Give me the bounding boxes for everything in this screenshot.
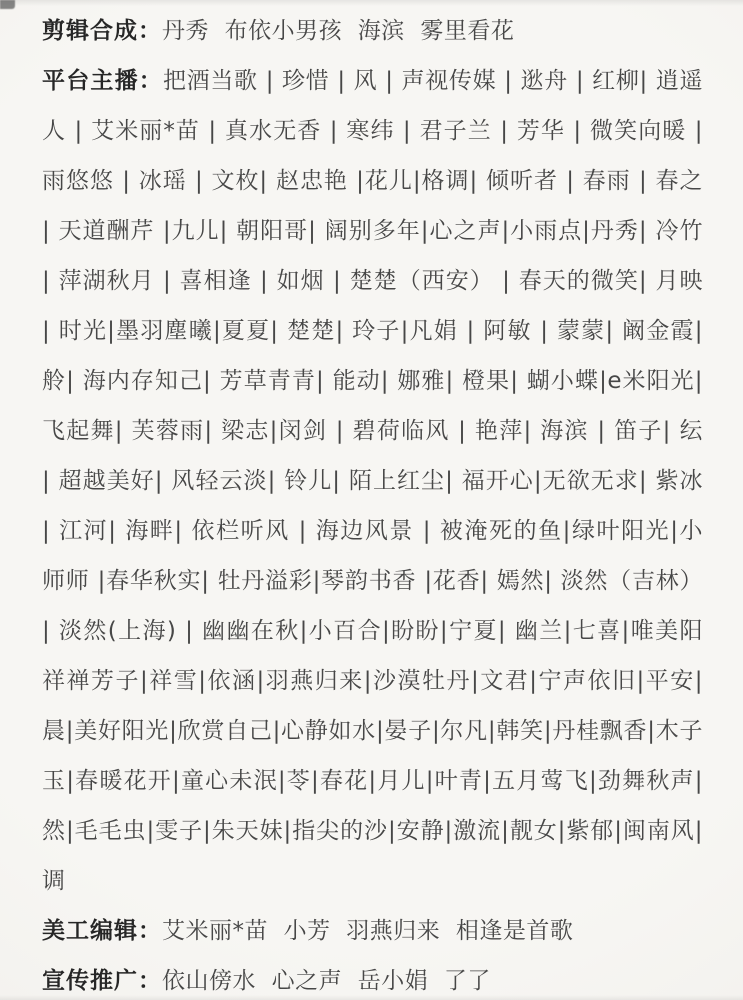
section-art-label: 美工编辑：	[42, 918, 162, 944]
anchors-names-line-12: | 淡然(上海) | 幽幽在秋|小百合|盼盼|宁夏| 幽兰|七喜|唯美阳光|	[42, 606, 703, 656]
anchors-names-line-4: | 天道酬芹 |九儿| 朝阳哥| 阔别多年|心之声|小雨点|丹秀| 冷竹	[42, 206, 703, 256]
anchors-names-line-5: | 萍湖秋月 | 喜相逢 | 如烟 | 楚楚（西安） | 春天的微笑| 月映菱	[42, 256, 703, 306]
anchors-names-line-3: 雨悠悠 | 冰瑶 | 文枚| 赵忠艳 |花儿|格调| 倾听者 | 春雨 | 春之…	[42, 156, 703, 206]
anchors-names-line-17: 调	[42, 856, 703, 906]
section-editing: 剪辑合成：丹秀 布依小男孩 海滨 雾里看花	[42, 6, 703, 56]
anchors-names-line-6: | 时光|墨羽塵曦|夏夏| 楚楚| 玲子|凡娟 | 阿敏 | 蒙蒙| 阚金霞| …	[42, 306, 703, 356]
anchors-names-line-7: 舲| 海内存知己| 芳草青青| 能动| 娜雅| 橙果| 蝴小蝶|e米阳光|鳳	[42, 356, 703, 406]
anchors-names-line-11: 师师 |春华秋实| 牡丹溢彩|琴韵书香 |花香| 嫣然| 淡然（吉林）	[42, 556, 703, 606]
section-anchors: 平台主播：把酒当歌 | 珍惜 | 风 | 声视传媒 | 逖舟 | 红柳| 逍遥伊	[42, 56, 703, 106]
section-art-names: 艾米丽*苗 小芳 羽燕归来 相逢是首歌	[162, 918, 573, 944]
section-promo-label: 宣传推广：	[42, 968, 162, 994]
anchors-names-line-8: 飞起舞| 芙蓉雨| 梁志|闵剑 | 碧荷临风 | 艳萍| 海滨 | 笛子| 纭朵	[42, 406, 703, 456]
section-art: 美工编辑：艾米丽*苗 小芳 羽燕归来 相逢是首歌	[42, 906, 703, 956]
anchors-names-line-15: 玉|春暖花开|童心未泯|苓|春花|月儿|叶青|五月莺飞|劲舞秋声|安	[42, 756, 703, 806]
section-editing-label: 剪辑合成：	[42, 18, 162, 44]
photo-bottom-edge-shading	[0, 995, 743, 1000]
section-promo-names: 依山傍水 心之声 岳小娟 了了	[162, 968, 491, 994]
anchors-names-line-10: | 江河| 海畔| 依栏听风 | 海边风景 | 被淹死的鱼|绿叶阳光|小芳|	[42, 506, 703, 556]
anchors-names-line-2: 人 | 艾米丽*苗 | 真水无香 | 寒纬 | 君子兰 | 芳华 | 微笑向暖 …	[42, 106, 703, 156]
anchors-names-line-13: 祥禅芳子|祥雪|依涵|羽燕归来|沙漠牡丹|文君|宁声依旧|平安| 陈	[42, 656, 703, 706]
section-anchors-label: 平台主播：	[42, 68, 163, 94]
anchors-names-line-9: | 超越美好| 风轻云淡| 铃儿| 陌上红尘| 福开心|无欲无求| 紫冰	[42, 456, 703, 506]
section-editing-names: 丹秀 布依小男孩 海滨 雾里看花	[162, 18, 514, 44]
credits-document: 剪辑合成：丹秀 布依小男孩 海滨 雾里看花 平台主播：把酒当歌 | 珍惜 | 风…	[0, 0, 743, 1000]
section-promo: 宣传推广：依山傍水 心之声 岳小娟 了了	[42, 956, 703, 1000]
anchors-names-line-14: 晨|美好阳光|欣赏自己|心静如水|晏子|尔凡|韩笑|丹桂飘香|木子	[42, 706, 703, 756]
anchors-names-line-16: 然|毛毛虫|雯子|朱天妹|指尖的沙|安静|激流|靓女|紫郁|闽南风|格	[42, 806, 703, 856]
